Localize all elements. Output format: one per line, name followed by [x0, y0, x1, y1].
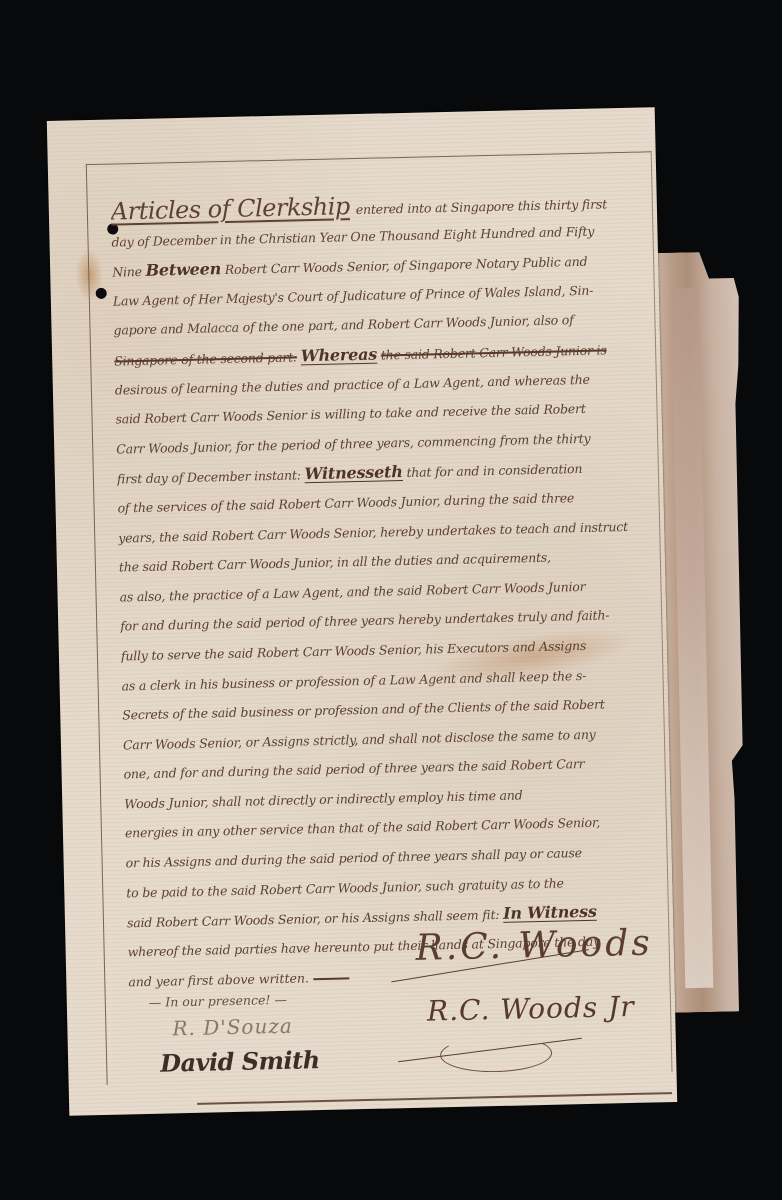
signature-witness-2: David Smith — [160, 1045, 320, 1078]
signature-witness-1: R. D'Souza — [172, 1014, 293, 1041]
keyword-in-witness: In Witness — [503, 902, 597, 923]
body-text: the said Robert Carr Woods Junior is — [381, 342, 607, 362]
page-border-bottom — [197, 1092, 672, 1105]
body-text: Singapore of the second part: — [114, 349, 297, 368]
witness-label: — In our presence! — — [149, 992, 287, 1010]
scan-background: Articles of Clerkshipentered into at Sin… — [0, 0, 782, 1200]
document-page: Articles of Clerkshipentered into at Sin… — [47, 107, 677, 1116]
body-text: that for and in consideration — [406, 461, 582, 480]
keyword-witnesseth: Witnesseth — [304, 462, 403, 483]
body-text: entered into at Singapore this thirty fi… — [356, 196, 607, 217]
signature-party-2: R.C. Woods Jr — [427, 990, 635, 1028]
body-text: first day of December instant: — [117, 468, 301, 487]
closing-text: and year first above written. — [128, 970, 309, 989]
body-text: Robert Carr Woods Senior, of Singapore N… — [225, 254, 588, 277]
signature-party-1: R.C. Woods — [415, 922, 653, 968]
document-body: Articles of Clerkshipentered into at Sin… — [111, 186, 658, 967]
dash-stroke — [313, 977, 349, 980]
closing-line: and year first above written. — [128, 962, 349, 996]
document-title: Articles of Clerkship — [111, 192, 350, 225]
keyword-whereas: Whereas — [300, 345, 377, 366]
body-text: Nine — [112, 264, 142, 280]
keyword-between: Between — [145, 259, 221, 280]
